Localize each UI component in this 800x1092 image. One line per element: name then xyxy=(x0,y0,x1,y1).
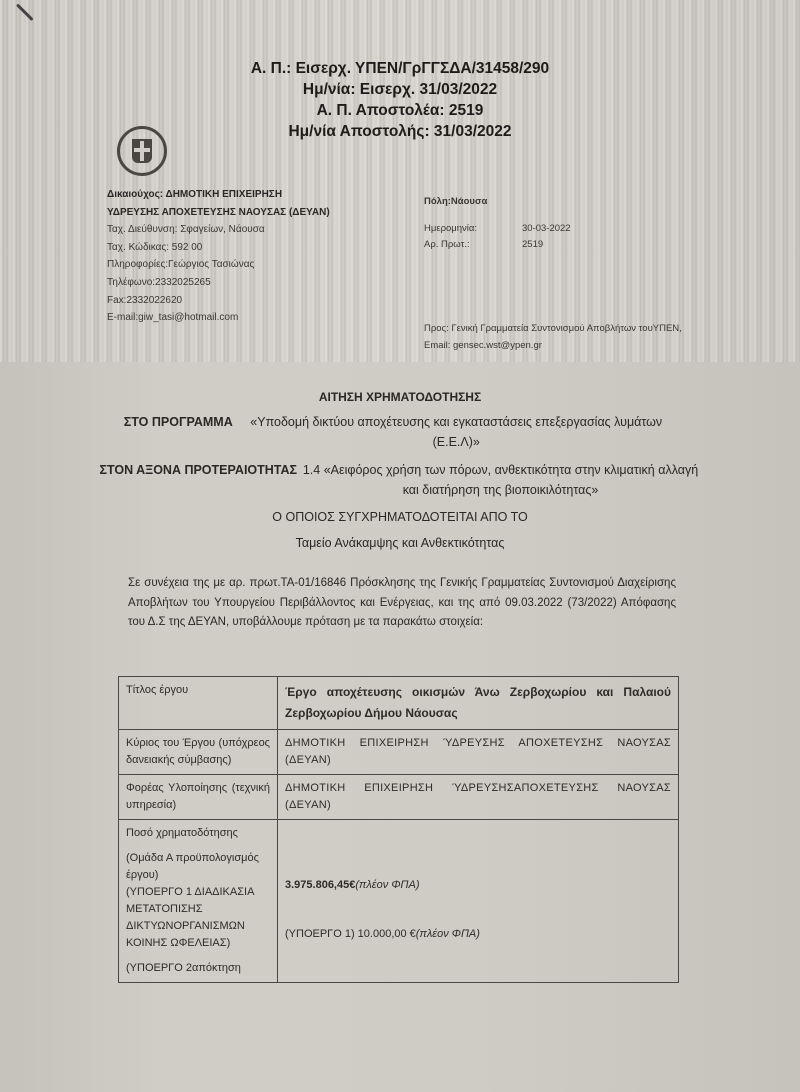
funding-label-cell: Ποσό χρηματοδότησης (Ομάδα Α προϋπολογισ… xyxy=(119,820,278,983)
sender-phone: Τηλέφωνο:2332025265 xyxy=(107,274,330,292)
sender-fax: Fax:2332022620 xyxy=(107,292,330,310)
stamp-incoming-date: Ημ/νία: Εισερχ. 31/03/2022 xyxy=(230,79,570,100)
subproject-1-label: (ΥΠΟΕΡΓΟ 1 ΔΙΑΔΙΚΑΣΙΑ ΜΕΤΑΤΟΠΙΣΗΣ ΔΙΚΤΥΩ… xyxy=(126,884,270,952)
intro-paragraph: Σε συνέχεια της με αρ. πρωτ.ΤΑ-01/16846 … xyxy=(128,574,676,633)
stamp-send-date: Ημ/νία Αποστολής: 31/03/2022 xyxy=(230,121,570,142)
row-label: Κύριος του Έργου (υπόχρεος δανειακής σύμ… xyxy=(119,730,278,775)
protocol-row: Αρ. Πρωτ.: 2519 xyxy=(424,237,571,253)
protocol-label: Αρ. Πρωτ.: xyxy=(424,237,522,253)
addressee: Προς: Γενική Γραμματεία Συντονισμού Αποβ… xyxy=(424,322,724,336)
funding-label: Ποσό χρηματοδότησης xyxy=(126,825,270,842)
greek-coat-of-arms-icon xyxy=(117,126,167,176)
cofunded-line: Ο ΟΠΟΙΟΣ ΣΥΓΧΡΗΜΑΤΟΔΟΤΕΙΤΑΙ ΑΠΟ ΤΟ xyxy=(0,510,800,524)
cross-shield-icon xyxy=(132,139,152,163)
project-title: Έργο αποχέτευσης οικισμών Άνω Ζερβοχωρίο… xyxy=(278,677,679,730)
main-amount-note: (πλέον ΦΠΑ) xyxy=(355,879,419,891)
city: Πόλη:Νάουσα xyxy=(424,196,571,207)
axis-heading: ΣΤΟΝ ΑΞΟΝΑ ΠΡΟΤΕΡΑΙΟΤΗΤΑΣ 1.4 «Αειφόρος … xyxy=(0,460,800,500)
sender-address: Ταχ. Διεύθυνση: Σφαγείων, Νάουσα xyxy=(107,221,330,239)
program-text: «Υποδομή δικτύου αποχέτευσης και εγκατασ… xyxy=(236,412,676,452)
protocol-stamp: Α. Π.: Εισερχ. ΥΠΕΝ/ΓρΓΓΣΔΑ/31458/290 Ημ… xyxy=(230,58,570,142)
protocol-value: 2519 xyxy=(522,237,543,253)
table-row: Ποσό χρηματοδότησης (Ομάδα Α προϋπολογισ… xyxy=(119,820,679,983)
stamp-sender-protocol: Α. Π. Αποστολέα: 2519 xyxy=(230,100,570,121)
subproject-amount-note: (πλέον ΦΠΑ) xyxy=(416,928,480,940)
axis-prefix: ΣΤΟΝ ΑΞΟΝΑ ΠΡΟΤΕΡΑΙΟΤΗΤΑΣ xyxy=(99,463,297,477)
row-label: Φορέας Υλοποίησης (τεχνική υπηρεσία) xyxy=(119,775,278,820)
sender-email: E-mail:giw_tasi@hotmail.com xyxy=(107,309,330,327)
row-label: Τίτλος έργου xyxy=(119,677,278,730)
funding-values-cell: 3.975.806,45€(πλέον ΦΠΑ) (ΥΠΟΕΡΓΟ 1) 10.… xyxy=(278,820,679,983)
recipient-meta: Πόλη:Νάουσα Ημερομηνία: 30-03-2022 Αρ. Π… xyxy=(424,196,571,253)
document-title: ΑΙΤΗΣΗ ΧΡΗΜΑΤΟΔΟΤΗΣΗΣ xyxy=(0,390,800,404)
table-row: Κύριος του Έργου (υπόχρεος δανειακής σύμ… xyxy=(119,730,679,775)
main-amount: 3.975.806,45€(πλέον ΦΠΑ) xyxy=(285,877,671,894)
table-row: Τίτλος έργου Έργο αποχέτευσης οικισμών Ά… xyxy=(119,677,679,730)
sender-contact: Πληροφορίες:Γεώργιος Τασιώνας xyxy=(107,256,330,274)
program-prefix: ΣΤΟ ΠΡΟΓΡΑΜΜΑ xyxy=(124,415,233,429)
program-heading: ΣΤΟ ΠΡΟΓΡΑΜΜΑ «Υποδομή δικτύου αποχέτευσ… xyxy=(0,412,800,452)
subproject-2-label: (ΥΠΟΕΡΓΟ 2απόκτηση xyxy=(126,960,270,977)
stamp-incoming-protocol: Α. Π.: Εισερχ. ΥΠΕΝ/ΓρΓΓΣΔΑ/31458/290 xyxy=(230,58,570,79)
sender-block: Δικαιούχος: ΔΗΜΟΤΙΚΗ ΕΠΙΧΕΙΡΗΣΗ ΥΔΡΕΥΣΗΣ… xyxy=(107,186,330,327)
sender-postal-code: Ταχ. Κώδικας: 592 00 xyxy=(107,239,330,257)
fund-name: Ταμείο Ανάκαμψης και Ανθεκτικότητας xyxy=(0,536,800,550)
group-a-label: (Ομάδα Α προϋπολογισμός έργου) xyxy=(126,850,270,884)
addressee-block: Προς: Γενική Γραμματεία Συντονισμού Αποβ… xyxy=(424,322,724,353)
beneficiary-line-2: ΥΔΡΕΥΣΗΣ ΑΠΟΧΕΤΕΥΣΗΣ ΝΑΟΥΣΑΣ (ΔΕΥΑΝ) xyxy=(107,204,330,222)
beneficiary-line-1: Δικαιούχος: ΔΗΜΟΤΙΚΗ ΕΠΙΧΕΙΡΗΣΗ xyxy=(107,186,330,204)
date-row: Ημερομηνία: 30-03-2022 xyxy=(424,221,571,237)
subproject-amount-value: (ΥΠΟΕΡΓΟ 1) 10.000,00 € xyxy=(285,928,416,940)
date-value: 30-03-2022 xyxy=(522,221,571,237)
implementing-body: ΔΗΜΟΤΙΚΗ ΕΠΙΧΕΙΡΗΣΗ ΎΔΡΕΥΣΗΣΑΠΟΧΕΤΕΥΣΗΣ … xyxy=(278,775,679,820)
project-details-table: Τίτλος έργου Έργο αποχέτευσης οικισμών Ά… xyxy=(118,676,679,983)
addressee-email: Email: gensec.wst@ypen.gr xyxy=(424,339,724,353)
axis-text: 1.4 «Αειφόρος χρήση των πόρων, ανθεκτικό… xyxy=(301,460,701,500)
table-row: Φορέας Υλοποίησης (τεχνική υπηρεσία) ΔΗΜ… xyxy=(119,775,679,820)
date-label: Ημερομηνία: xyxy=(424,221,522,237)
main-amount-value: 3.975.806,45€ xyxy=(285,879,355,891)
subproject-amount: (ΥΠΟΕΡΓΟ 1) 10.000,00 €(πλέον ΦΠΑ) xyxy=(285,926,671,943)
scanned-document-page: Α. Π.: Εισερχ. ΥΠΕΝ/ΓρΓΓΣΔΑ/31458/290 Ημ… xyxy=(0,0,800,1092)
project-owner: ΔΗΜΟΤΙΚΗ ΕΠΙΧΕΙΡΗΣΗ ΎΔΡΕΥΣΗΣ ΑΠΟΧΕΤΕΥΣΗΣ… xyxy=(278,730,679,775)
